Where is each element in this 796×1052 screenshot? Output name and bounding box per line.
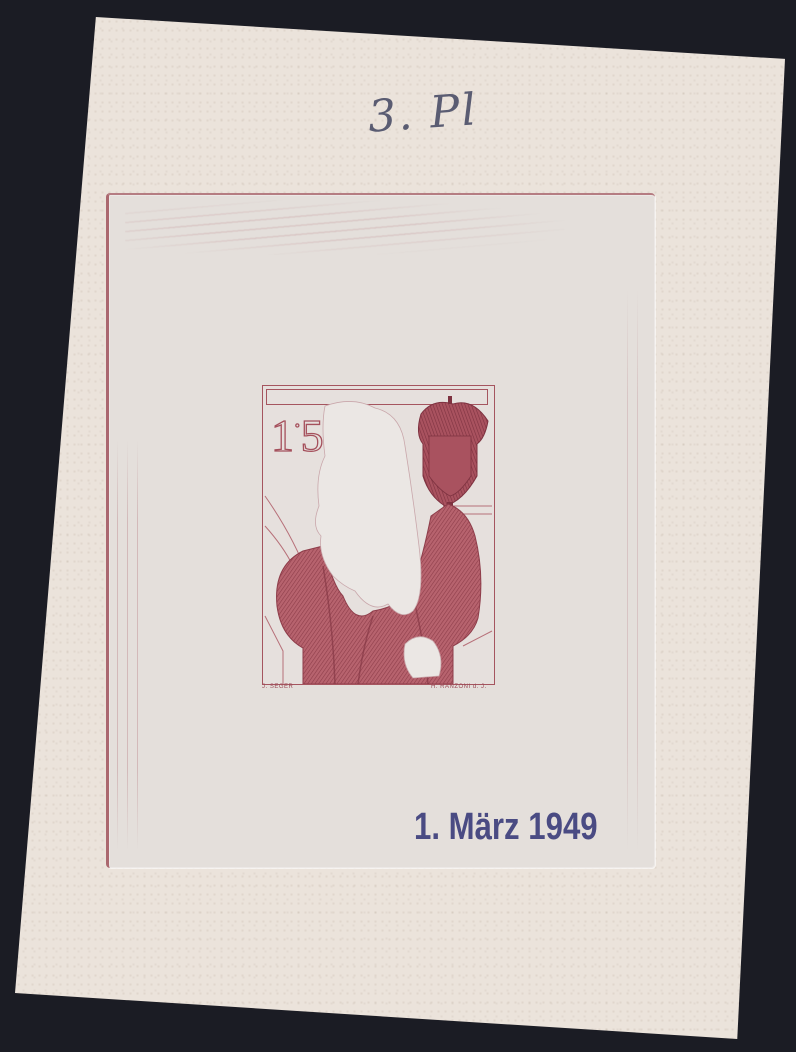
plate-wiping-marks-left xyxy=(112,440,142,850)
handwritten-note: 3. Pl xyxy=(366,84,479,143)
engraver-credit: H. RANZONI d. J. xyxy=(431,684,487,690)
date-handstamp: 1. März 1949 xyxy=(414,806,598,849)
stamp-design: 1·50 xyxy=(262,385,495,685)
designer-credit: J. SEGER xyxy=(262,684,293,690)
portrait-engraving xyxy=(263,386,494,684)
plate-wiping-marks-right xyxy=(622,290,644,850)
coat-of-arms-icon xyxy=(418,396,488,508)
plate-wiping-marks-top xyxy=(125,200,565,255)
